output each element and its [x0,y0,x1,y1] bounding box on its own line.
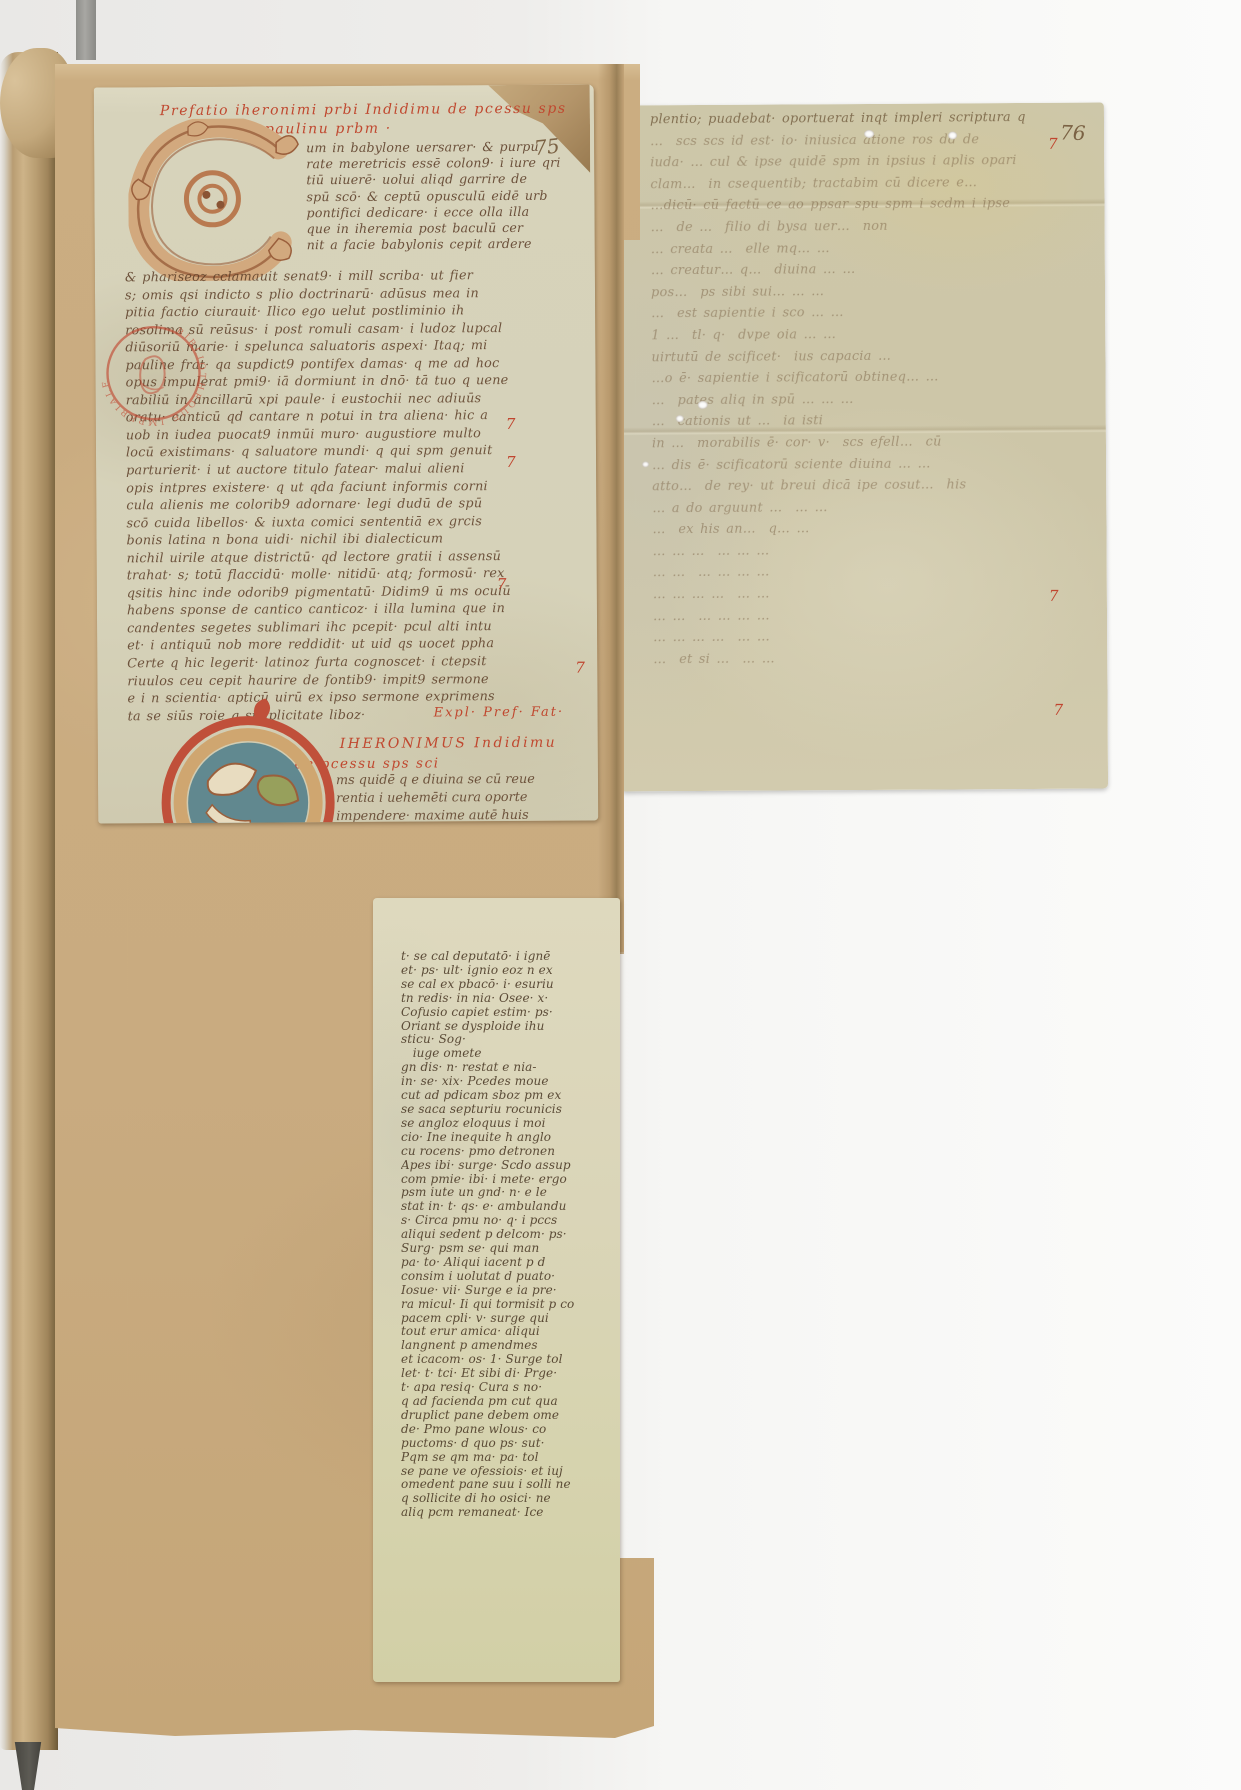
explicit-rubric: Expl· Pref· Fat· [434,705,565,721]
wormhole [948,131,957,139]
red-paragraph-mark: 7 [1054,703,1064,718]
closing-text-block: ms quidē q e diuina se cū reuerentia i u… [336,770,596,823]
red-paragraph-mark: 7 [506,417,516,432]
incipit-rubric-line1: IHERONIMUS Indidimu [340,735,557,752]
wormhole [698,401,708,409]
svg-text:BIBLIOTHEQUE IMPERIALE: BIBLIOTHEQUE IMPERIALE [100,327,207,427]
decorated-initial-o-icon [157,684,338,823]
manuscript-photograph: plentio; puadebat· oportuerat inqt imple… [0,0,1241,1790]
book-gutter-page-edges [0,52,58,1750]
decorated-initial-c-icon [128,118,305,281]
bookmark-ribbon-bottom [13,1742,43,1790]
wormhole [642,461,649,467]
wormhole [676,415,684,422]
red-paragraph-mark: 7 [497,577,507,592]
folio-number-75: 75 [533,133,561,160]
bookmark-ribbon-top [76,0,96,60]
rubric-title-line1: Prefatio iheronimi prbi Indidimu de pces… [160,101,567,119]
red-library-stamp-icon: BIBLIOTHEQUE IMPERIALE [97,317,210,430]
folio-number-76: 76 [1060,120,1086,145]
parchment-strip-fragment: t· se cal deputatō· i ignēet· ps· ult· i… [373,898,620,1682]
red-paragraph-mark: 7 [575,661,585,676]
strip-text-block: t· se cal deputatō· i ignēet· ps· ult· i… [401,950,613,1520]
red-paragraph-mark: 7 [1049,589,1059,604]
sheet-right-crease [598,64,624,954]
parchment-fragment-folio-75: Prefatio iheronimi prbi Indidimu de pces… [94,84,598,823]
faded-text-block: plentio; puadebat· oportuerat inqt imple… [650,107,1099,671]
red-paragraph-mark: 7 [1048,137,1058,152]
wormhole [864,130,874,138]
stamp-legend: BIBLIOTHEQUE IMPERIALE [100,327,207,427]
red-paragraph-mark: 7 [506,455,516,470]
parchment-leaf-folio-76: plentio; puadebat· oportuerat inqt imple… [618,103,1108,792]
